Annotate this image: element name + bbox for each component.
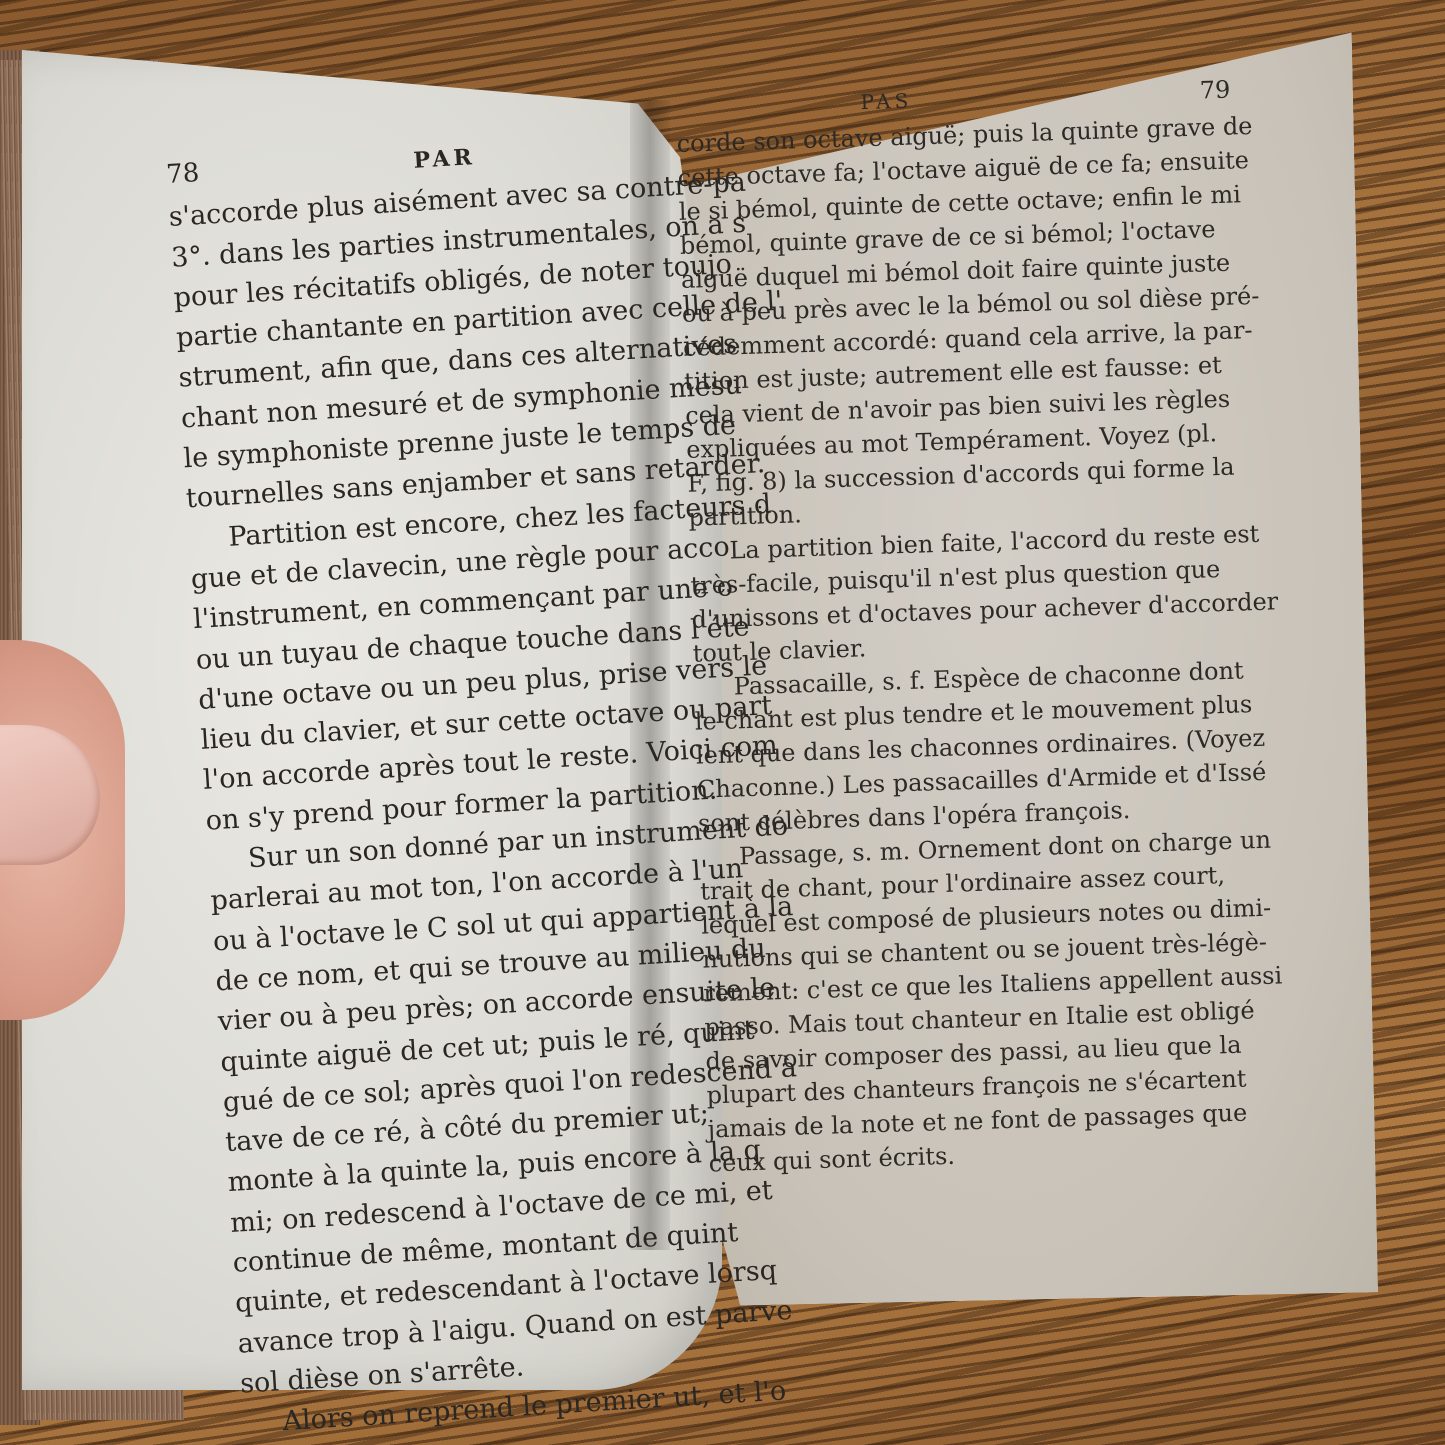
left-page-number: 78 — [165, 153, 200, 195]
right-head-word: PAS — [860, 84, 913, 120]
right-page-text: PAS 79 corde son octave aiguë; puis la q… — [675, 73, 1264, 1181]
right-page-number: 79 — [1199, 73, 1231, 108]
left-head-word: PAR — [412, 137, 477, 181]
left-page-text: 78 PAR s'accorde plus aisément avec sa c… — [165, 124, 743, 1445]
